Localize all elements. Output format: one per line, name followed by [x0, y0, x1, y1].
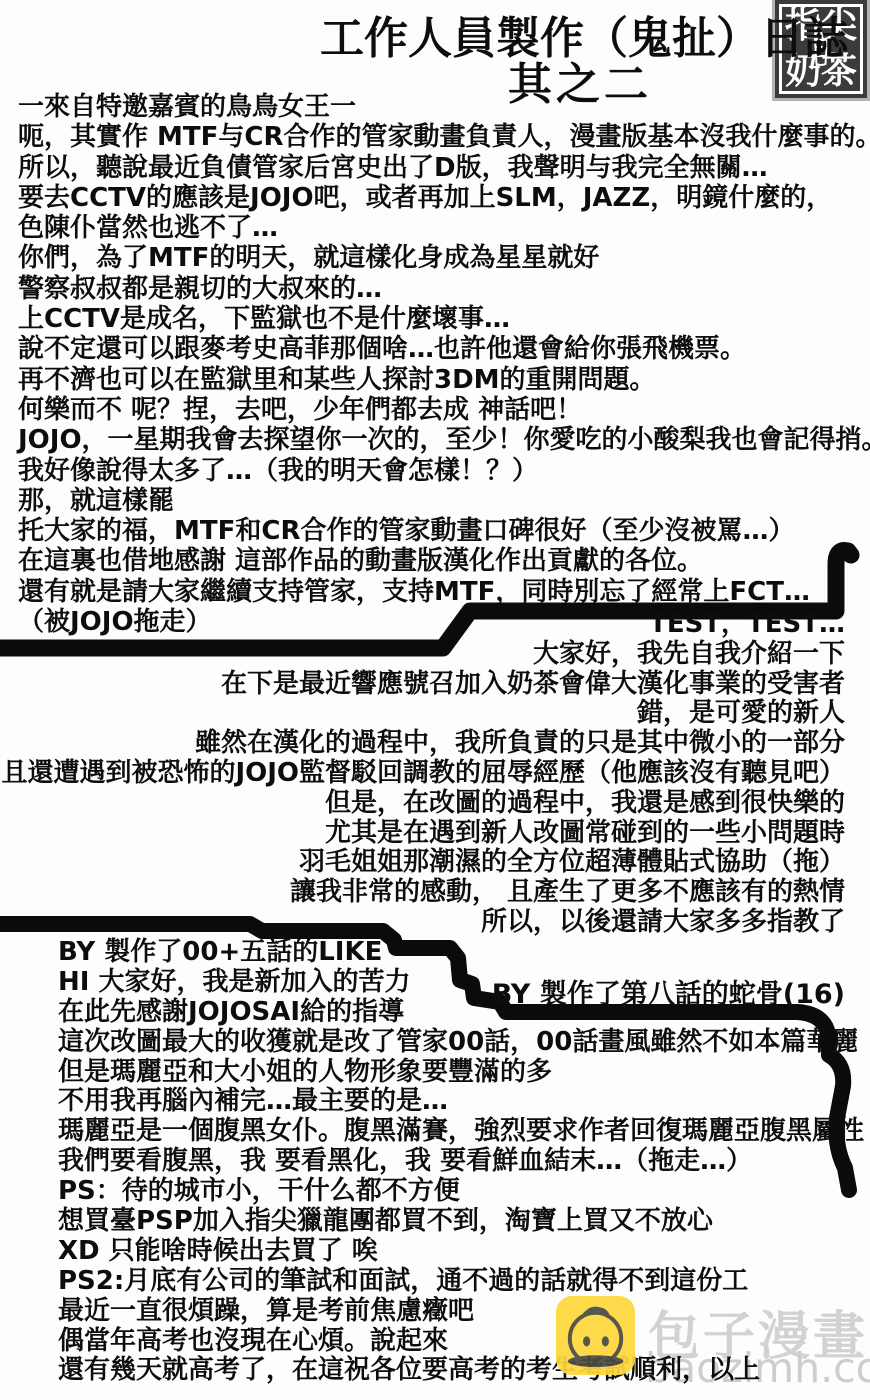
text-line: 那，就這樣罷 [18, 486, 870, 516]
text-line: XD 只能啥時候出去買了 唉 [58, 1237, 864, 1267]
text-line: JOJO，一星期我會去探望你一次的，至少！你愛吃的小酸梨我也會記得捎。 [18, 425, 870, 455]
text-line: 在此先感謝JOJOSAI給的指導 [58, 998, 864, 1028]
text-line: 不用我再腦內補完…最主要的是… [58, 1087, 864, 1117]
text-line: 尤其是在遇到新人改圖常碰到的一些小問題時 [1, 819, 845, 849]
text-line: 在下是最近響應號召加入奶茶會偉大漢化事業的受害者 [1, 670, 845, 700]
text-line: 呃，其實作 MTF与CR合作的管家動畫負責人，漫畫版基本沒我什麼事的。 [18, 122, 870, 152]
text-line: 且還遭遇到被恐怖的JOJO監督駁回調教的屈辱經歷（他應該沒有聽見吧） [1, 759, 845, 789]
text-line: 想買臺PSP加入指尖獵龍團都買不到，淘寶上買又不放心 [58, 1207, 864, 1237]
text-line: 色陳仆當然也逃不了… [18, 213, 870, 243]
text-line: 但是，在改圖的過程中，我還是感到很快樂的 [1, 789, 845, 819]
text-line: 最近一直很煩躁，算是考前焦慮癥吧 [58, 1297, 864, 1327]
text-line: 一來自特邀嘉賓的鳥鳥女王一 [18, 92, 870, 122]
text-line: 再不濟也可以在監獄里和某些人探討3DM的重開問題。 [18, 365, 870, 395]
text-line: 何樂而不 呢？捏，去吧，少年們都去成 神話吧！ [18, 395, 870, 425]
text-line: 偶當年高考也沒現在心煩。說起來 [58, 1327, 864, 1357]
text-line: 瑪麗亞是一個腹黑女仆。腹黑滿賽，強烈要求作者回復瑪麗亞腹黑屬性 [58, 1117, 864, 1147]
editor-commentary-block: BY 製作了00+五話的LIKEHI 大家好，我是新加入的苦力在此先感謝JOJO… [58, 938, 864, 1386]
text-line: 還有幾天就高考了，在這祝各位要高考的考生考試順利，以上 [58, 1356, 864, 1386]
text-line: 雖然在漢化的過程中，我所負責的只是其中微小的一部分 [1, 729, 845, 759]
text-line: 說不定還可以跟麥考史高菲那個啥…也許他還會給你張飛機票。 [18, 334, 870, 364]
text-line: 我們要看腹黑，我 要看黑化，我 要看鮮血結末…（拖走…） [58, 1147, 864, 1177]
text-line: TEST，TEST… [1, 610, 845, 640]
text-line: 羽毛姐姐那潮濕的全方位超薄體貼式協助（拖） [1, 848, 845, 878]
text-line: 我好像說得太多了…（我的明天會怎樣！？） [18, 456, 870, 486]
newbie-commentary-block: TEST，TEST…大家好，我先自我介紹一下在下是最近響應號召加入奶茶會偉大漢化… [1, 610, 845, 938]
text-line: 托大家的福，MTF和CR合作的管家動畫口碑很好（至少沒被罵…） [18, 516, 870, 546]
text-line: 但是瑪麗亞和大小姐的人物形象要豐滿的多 [58, 1058, 864, 1088]
text-line: 在這裏也借地感謝 這部作品的動畫版漢化作出貢獻的各位。 [18, 546, 870, 576]
text-line: 大家好，我先自我介紹一下 [1, 640, 845, 670]
guest-commentary-block: 一來自特邀嘉賓的鳥鳥女王一呃，其實作 MTF与CR合作的管家動畫負責人，漫畫版基… [18, 92, 870, 637]
baozi-mascot-icon [556, 1296, 635, 1375]
text-line: 還有就是請大家繼續支持管家，支持MTF，同時別忘了經常上FCT… [18, 577, 870, 607]
text-line: 所以，聽說最近負債管家后宮史出了D版，我聲明与我完全無關… [18, 153, 870, 183]
text-line: 警察叔叔都是親切的大叔來的… [18, 274, 870, 304]
manga-credits-page: 包子漫畫 baozimh.com 指 尖 奶 茶 工作人員製作（鬼扯）日誌 其之… [0, 0, 870, 1400]
text-line: 錯，是可愛的新人 [1, 699, 845, 729]
text-line: 上CCTV是成名，下監獄也不是什麼壞事… [18, 304, 870, 334]
text-line: BY 製作了00+五話的LIKE [58, 938, 864, 968]
text-line: 這次改圖最大的收獲就是改了管家00話，00話畫風雖然不如本篇華麗 [58, 1028, 864, 1058]
text-line: PS2:月底有公司的筆試和面試，通不過的話就得不到這份工 [58, 1267, 864, 1297]
text-line: HI 大家好，我是新加入的苦力 [58, 968, 864, 998]
text-line: 要去CCTV的應該是JOJO吧，或者再加上SLM，JAZZ，明鏡什麼的， [18, 183, 870, 213]
text-line: 你們，為了MTF的明天，就這樣化身成為星星就好 [18, 243, 870, 273]
text-line: 所以，以後還請大家多多指教了 [1, 908, 845, 938]
text-line: PS：待的城市小，干什么都不方便 [58, 1177, 864, 1207]
text-line: 讓我非常的感動， 且產生了更多不應該有的熱情 [1, 878, 845, 908]
page-subtitle: 其之二 [508, 48, 652, 112]
